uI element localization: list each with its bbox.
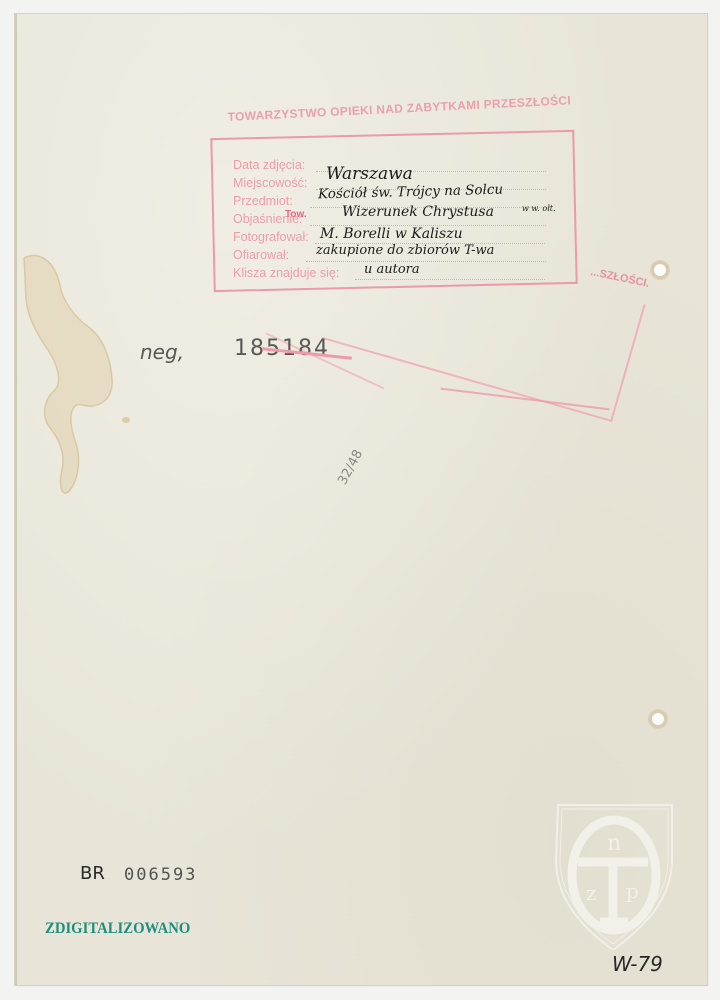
- catalog-prefix: BR: [80, 863, 105, 884]
- stamp-label-object: Przedmiot:: [233, 194, 293, 208]
- field-value-explanation: Wizerunek Chrystusa: [342, 204, 494, 220]
- dotted-line: [306, 260, 546, 262]
- catalog-number: 006593: [124, 865, 197, 885]
- dotted-line: [355, 278, 545, 280]
- field-value-photographer: M. Borelli w Kaliszu: [320, 226, 463, 242]
- shelf-mark: W-79: [612, 952, 663, 976]
- svg-text:p: p: [626, 879, 639, 903]
- stamp-overprint: Tow.: [285, 209, 307, 220]
- neg-label: neg,: [140, 340, 184, 364]
- svg-text:z: z: [586, 881, 597, 905]
- field-value-place: Warszawa: [326, 164, 413, 184]
- stamp-label-place: Miejscowość:: [233, 176, 307, 190]
- punch-hole: [652, 713, 664, 725]
- embossed-emblem-icon: n z p: [548, 800, 678, 950]
- stamp-label-date: Data zdjęcia:: [233, 158, 305, 172]
- field-value-donor: zakupione do zbiorów T-wa: [316, 243, 494, 258]
- svg-text:n: n: [607, 831, 621, 856]
- field-annotation: w w. ołt.: [522, 204, 556, 213]
- digitized-stamp: ZDIGITALIZOWANO: [45, 920, 190, 938]
- stamp-label-negative: Klisza znajduje się:: [233, 266, 339, 280]
- field-value-negative-location: u autora: [364, 262, 420, 277]
- stamp-label-donor: Ofiarował:: [233, 248, 289, 262]
- stamp-label-photographer: Fotografował:: [233, 230, 309, 244]
- punch-hole: [654, 264, 666, 276]
